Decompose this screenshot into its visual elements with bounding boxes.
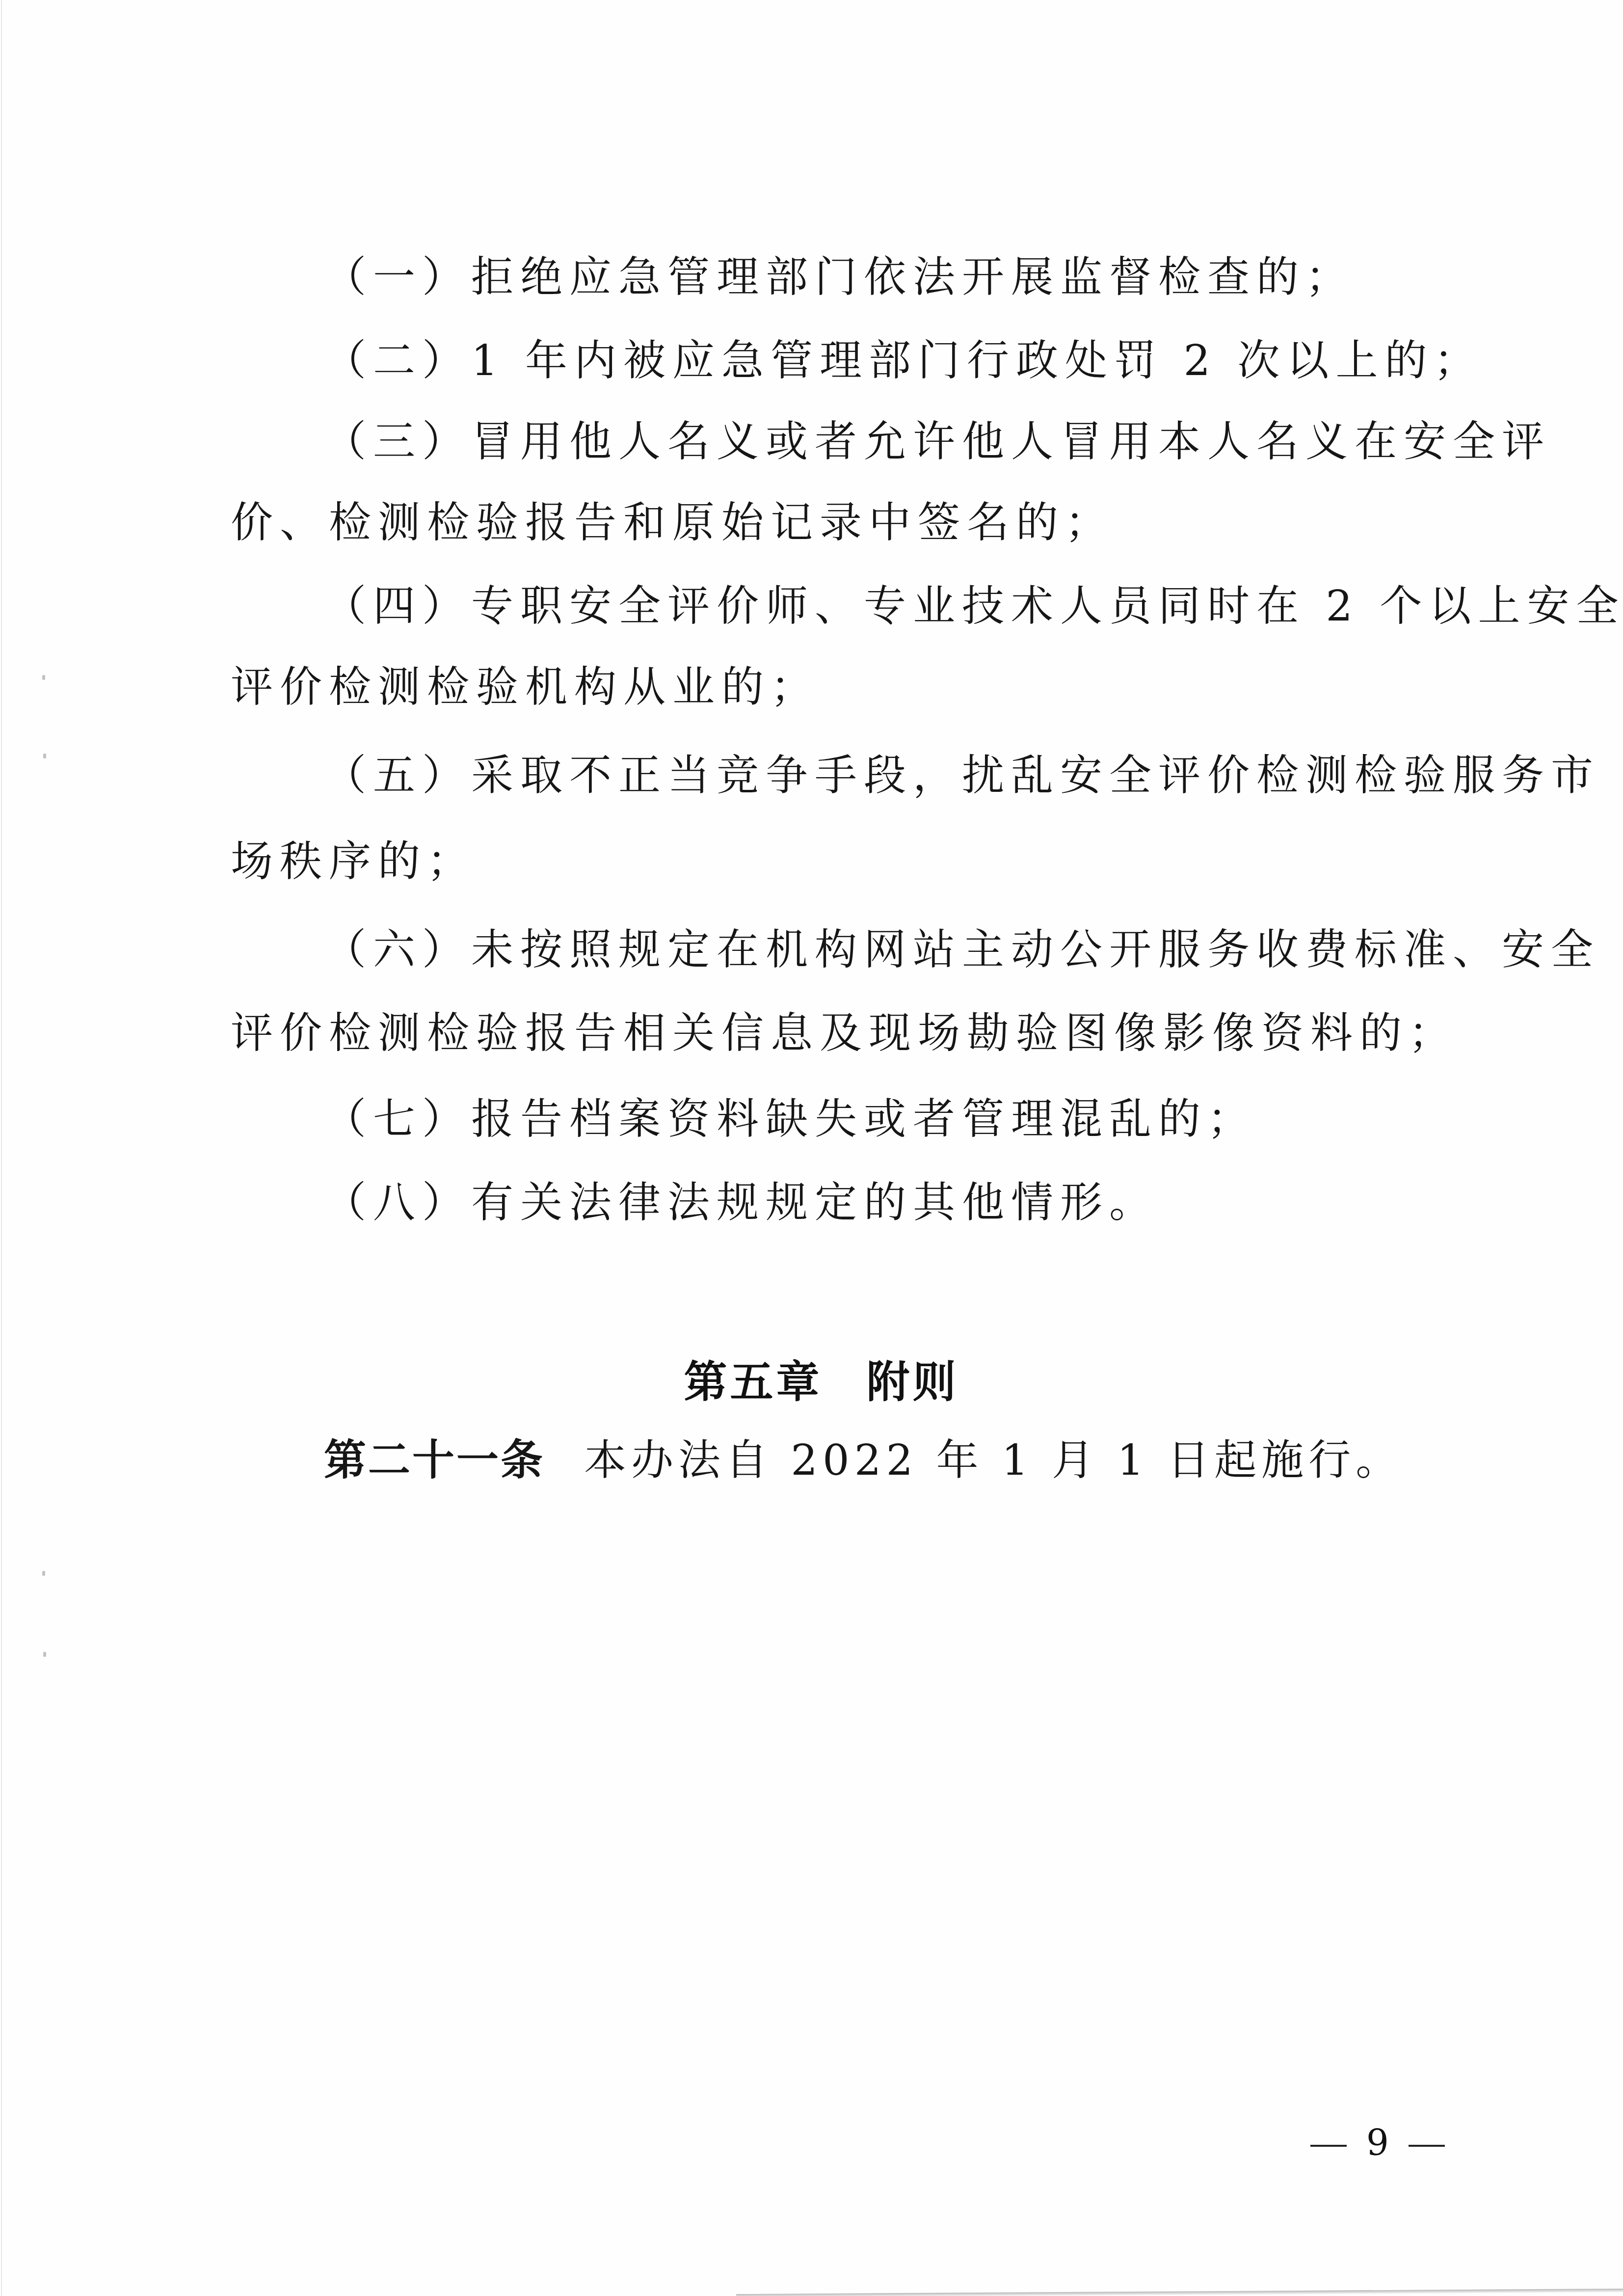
article-text: 本办法自 2022 年 1 月 1 日起施行。	[584, 1436, 1403, 1485]
list-item-5-line-1: （五）采取不正当竞争手段，扰乱安全评价检测检验服务市	[324, 749, 1600, 803]
scan-bottom-edge	[736, 2289, 1623, 2296]
page-number-value: 9	[1366, 2122, 1389, 2163]
list-item-6-line-1: （六）未按照规定在机构网站主动公开服务收费标准、安全	[324, 923, 1600, 977]
list-item-8: （八）有关法律法规规定的其他情形。	[324, 1176, 1158, 1230]
dash-left	[1310, 2145, 1347, 2147]
scan-artifact	[43, 1652, 46, 1657]
dash-right	[1409, 2145, 1445, 2147]
list-item-3-line-1: （三）冒用他人名义或者允许他人冒用本人名义在安全评	[324, 415, 1551, 469]
list-item-2: （二）1 年内被应急管理部门行政处罚 2 次以上的；	[324, 334, 1483, 388]
article-number: 第二十一条	[324, 1436, 545, 1485]
list-item-3-line-2: 价、检测检验报告和原始记录中签名的；	[231, 496, 1114, 550]
list-item-4-line-1: （四）专职安全评价师、专业技术人员同时在 2 个以上安全	[324, 579, 1623, 633]
scan-left-edge	[1, 0, 2, 2296]
chapter-heading: 第五章附则	[0, 1355, 1623, 1409]
scan-artifact	[42, 675, 45, 680]
article-21: 第二十一条本办法自 2022 年 1 月 1 日起施行。	[324, 1433, 1403, 1487]
list-item-1: （一）拒绝应急管理部门依法开展监督检查的；	[324, 250, 1355, 304]
scan-artifact	[42, 1571, 45, 1576]
list-item-7: （七）报告档案资料缺失或者管理混乱的；	[324, 1092, 1256, 1146]
list-item-5-line-2: 场秩序的；	[231, 835, 476, 889]
list-item-4-line-2: 评价检测检验机构从业的；	[231, 660, 820, 714]
document-page: （一）拒绝应急管理部门依法开展监督检查的； （二）1 年内被应急管理部门行政处罚…	[0, 0, 1623, 2296]
scan-artifact	[43, 754, 46, 758]
list-item-6-line-2: 评价检测检验报告相关信息及现场勘验图像影像资料的；	[231, 1006, 1458, 1060]
chapter-number: 第五章	[684, 1356, 822, 1407]
chapter-title: 附则	[867, 1356, 959, 1407]
page-number: 9	[1291, 2121, 1464, 2165]
